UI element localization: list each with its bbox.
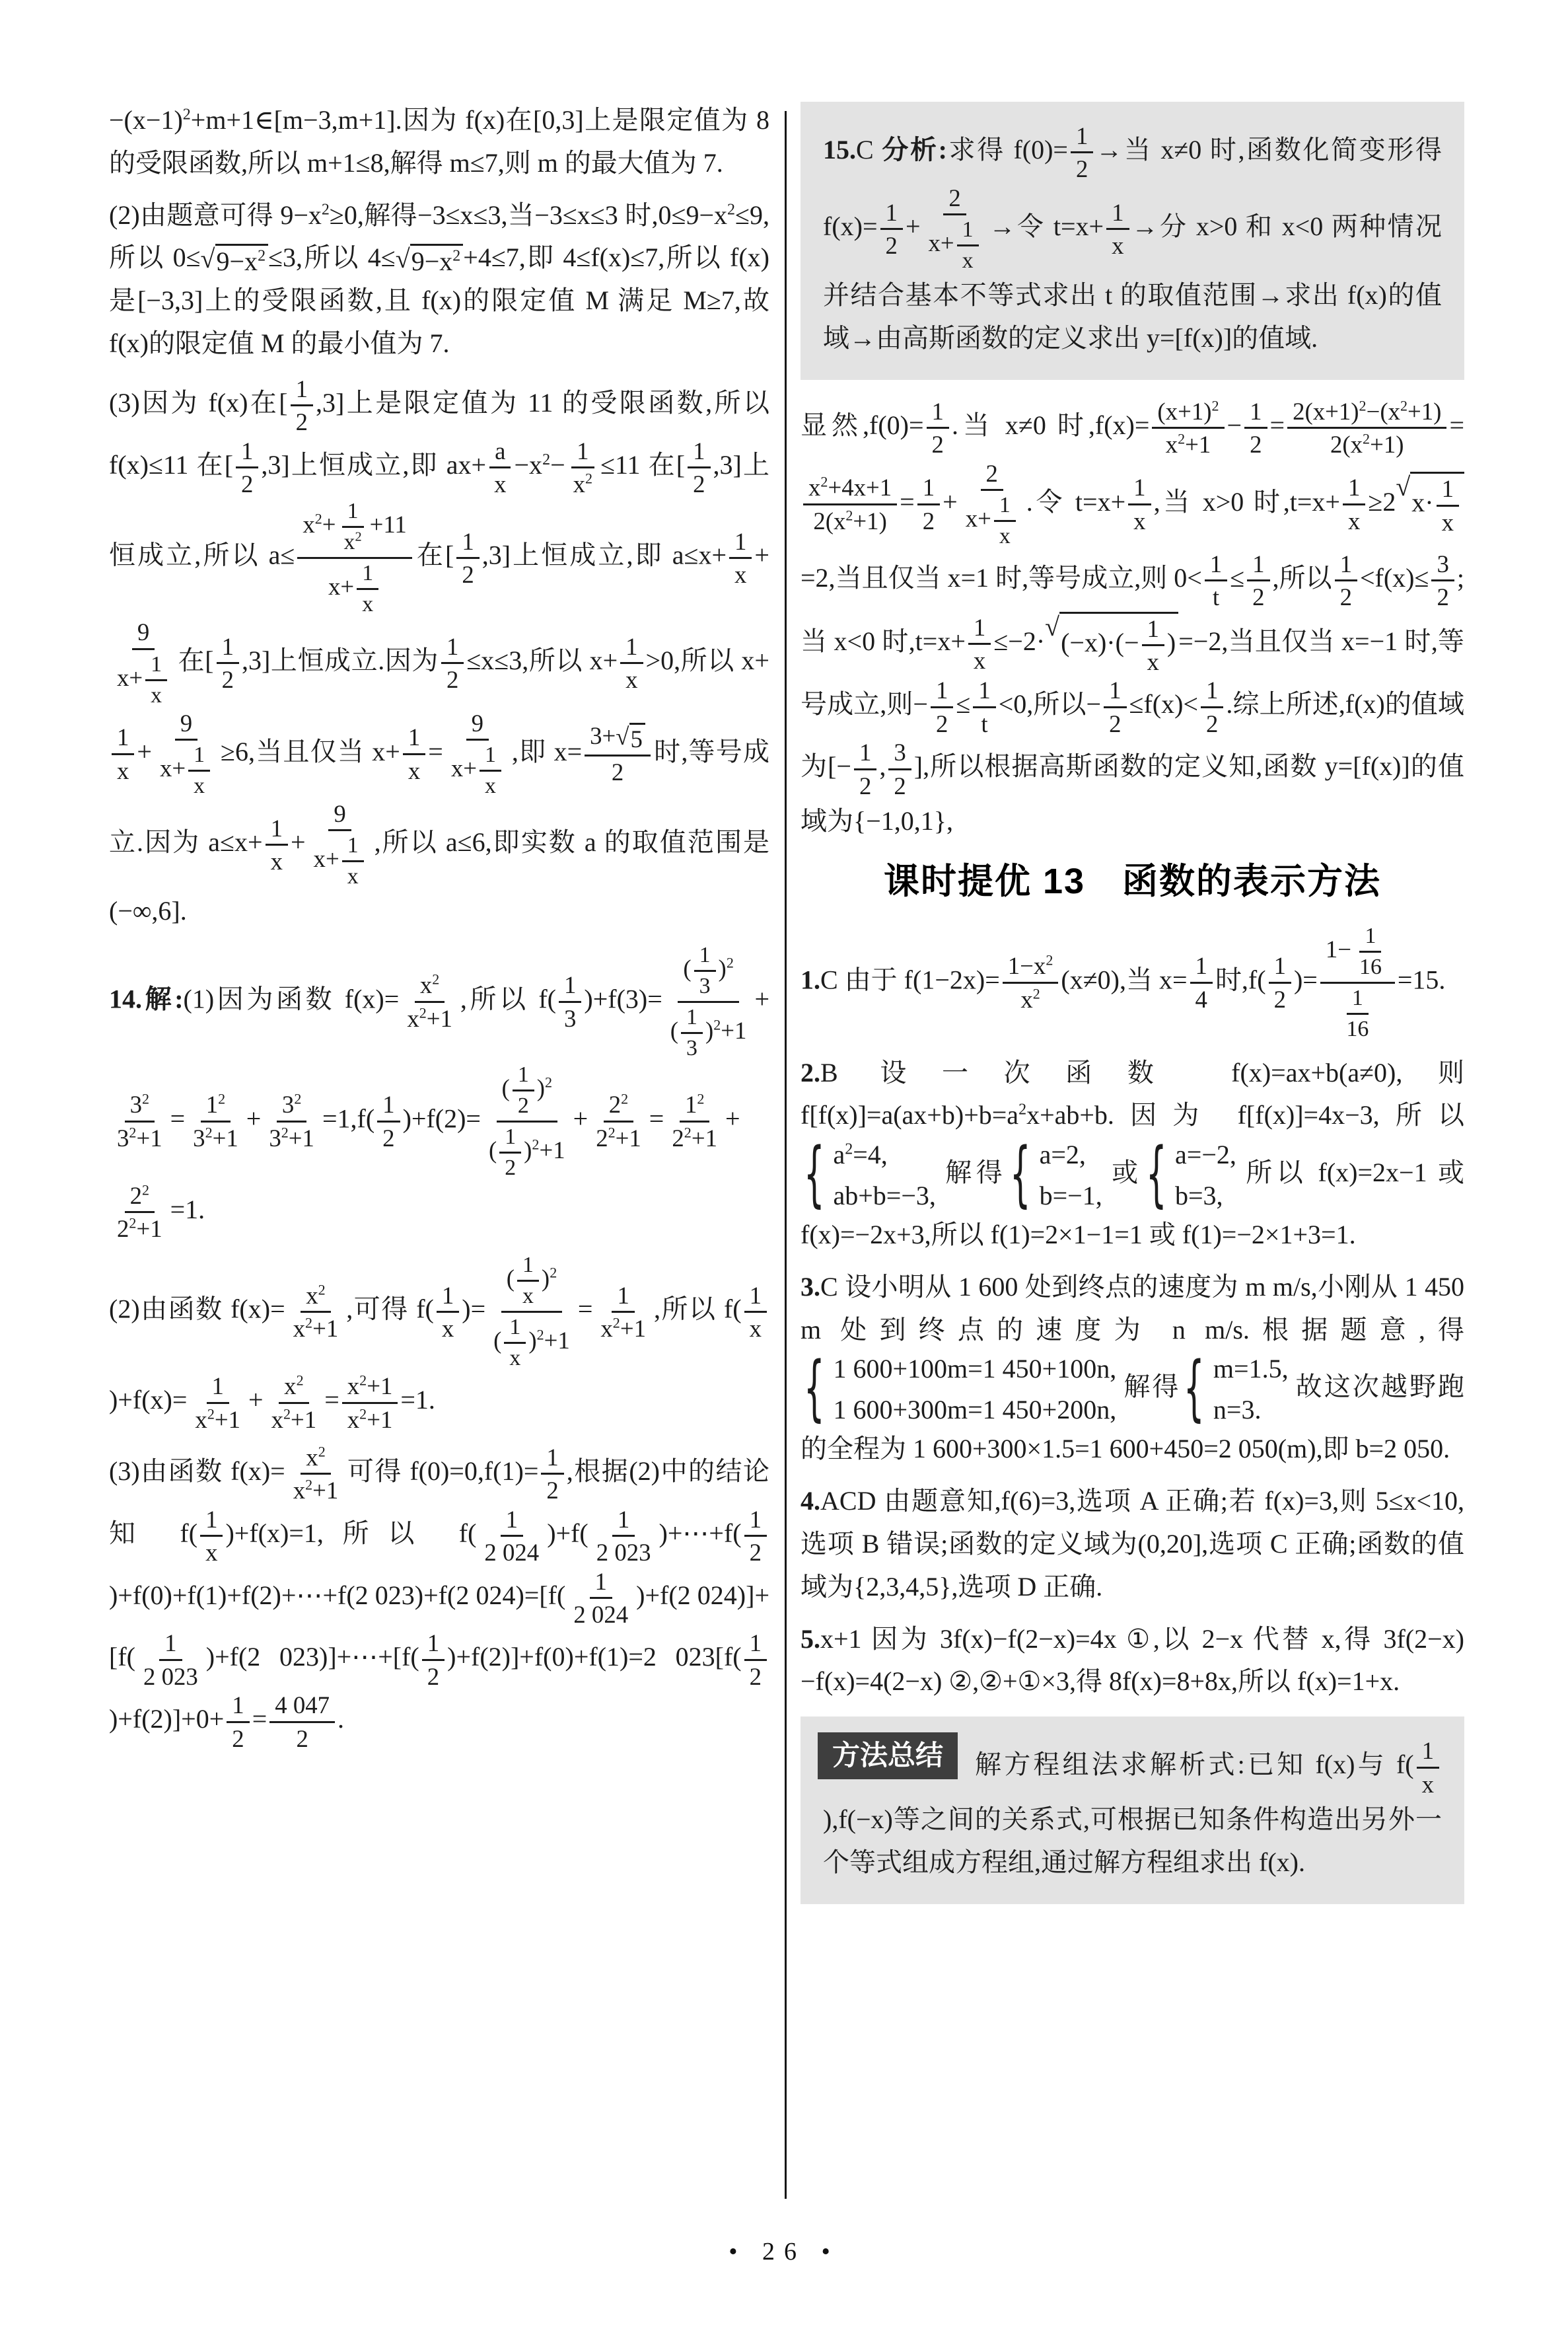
fraction-denominator: 116 [1333,984,1382,1043]
fraction: 1t [1205,550,1227,612]
fraction: x2+4x+12(x2+1) [803,473,897,535]
bold-text: 1. [801,965,820,994]
fraction-numerator: 1 [236,437,258,468]
fraction-numerator: a [489,437,511,468]
fraction-denominator: x [1106,230,1129,260]
fraction: 12 024 [479,1505,544,1567]
fraction: 1x2 [339,498,367,556]
system-row: 1 600+300m=1 450+200n, [833,1392,1116,1428]
fraction-numerator: 1 [1205,550,1227,581]
fraction-numerator: x2 [279,1372,308,1403]
square-root: √x·1x [1396,472,1464,536]
fraction: (13)2(13)2+1 [665,942,752,1062]
fraction-numerator: 1 [931,676,953,708]
paragraph: 2.B 设一次函数 f(x)=ax+b(a≠0),则 f[f(x)]=a(ax+… [801,1052,1464,1257]
fraction-numerator: 1 [403,723,425,755]
fraction-denominator: x [517,1282,539,1310]
fraction-denominator: x [112,755,134,785]
fraction: 1t [973,676,995,738]
fraction: 1x [1417,1736,1439,1798]
fraction-denominator: x2+1 [402,1003,458,1033]
fraction-denominator: x2 [1015,984,1045,1014]
fraction-numerator: 1 [612,1281,634,1313]
radicand: 5 [629,723,645,753]
fraction-denominator: 2 [513,1091,534,1119]
system-rows: 1 600+100m=1 450+100n,1 600+300m=1 450+2… [833,1351,1116,1428]
fraction-numerator: 1 [973,676,995,708]
fraction-denominator: x [1343,505,1365,535]
fraction: 1x [504,1314,526,1372]
fraction-denominator: 2 024 [568,1599,633,1629]
system-row: b=−1, [1040,1178,1102,1214]
fraction-numerator: 1 [480,742,501,772]
equation-system: {a2=4,ab+b=−3, [806,1137,936,1214]
fraction-denominator: 32+1 [264,1123,320,1152]
fraction-numerator: 1 [1244,397,1267,429]
fraction-numerator: 1 [513,1062,534,1091]
fraction-numerator: 12 [201,1090,231,1122]
fraction-numerator: 2(x+1)2−(x2+1) [1287,397,1446,429]
fraction-numerator: 1 [207,1372,229,1403]
fraction-denominator: 2 [291,406,313,436]
system-row: a=−2, [1175,1137,1236,1173]
fraction: 32 [888,738,911,800]
fraction-denominator: 16 [1341,1015,1374,1043]
superscript: 2 [142,1181,149,1198]
fraction: 1232+1 [188,1090,244,1152]
fraction: 1x [729,527,752,589]
fraction: x2+1x2+1 [342,1372,398,1434]
fraction-numerator: 1 [1437,474,1459,506]
superscript: 2 [1359,397,1367,414]
fraction: 1x [1437,474,1459,536]
method-summary-box: 方法总结解方程组法求解析式:已知 f(x)与 f(1x),f(−x)等之间的关系… [801,1716,1464,1903]
fraction-numerator: 3 [1431,550,1454,581]
system-brace: { [804,1332,825,1448]
fraction: 12 [744,1629,767,1691]
fraction: 12 [291,375,313,437]
fraction: 32 [1431,550,1454,612]
fraction: 1x [517,1252,539,1310]
fraction: 1−x2x2 [1003,951,1059,1014]
fraction: 13 [694,942,716,1000]
fraction-numerator: 4 047 [269,1691,335,1722]
system-row: m=1.5, [1213,1351,1289,1387]
fraction: x2x2+1 [288,1443,344,1505]
fraction-numerator: 1 [688,437,710,468]
fraction-numerator: 1 [681,1004,703,1034]
fraction-denominator: x [620,664,643,694]
fraction-numerator: (1x)2 [501,1252,563,1313]
paragraph: (2)由题意可得 9−x2≥0,解得−3≤x≤3,当−3≤x≤3 时,0≤9−x… [109,194,769,365]
fraction-denominator: 2 023 [138,1661,203,1691]
superscript: 2 [419,1005,427,1021]
fraction: 12 [1247,550,1269,612]
fraction-numerator: 1 [917,473,940,505]
fraction-numerator: 1 [1247,550,1269,581]
fraction-numerator: 1 [112,723,134,755]
fraction: 12 [377,1090,400,1152]
fraction: 12 [217,632,239,694]
fraction-numerator: 1 [559,971,581,1002]
fraction-denominator: (13)2+1 [665,1003,752,1062]
superscript: 2 [218,1091,225,1107]
superscript: 2 [359,1405,367,1422]
fraction-numerator: 32 [125,1090,155,1122]
fraction: 12 024 [568,1567,633,1629]
fraction-denominator: 2 [456,559,479,589]
fraction-numerator: x2 [301,1281,330,1313]
fraction-numerator: 2 [943,184,966,215]
superscript: 2 [542,451,550,468]
fraction-denominator: 2 [880,230,903,260]
superscript: 2 [318,1282,326,1298]
fraction: 12 [927,397,949,459]
superscript: 2 [845,1141,853,1158]
superscript: 2 [1046,952,1053,969]
fraction: 2x+1x [960,459,1024,550]
radicand: 9−x2 [410,244,464,277]
fraction: 12 [1104,676,1126,738]
system-rows: a2=4,ab+b=−3, [833,1137,935,1214]
fraction: 12 [1269,951,1291,1014]
fraction-numerator: x2 [415,971,445,1002]
fraction-numerator: 1 [612,1505,635,1537]
radical-sign: √ [1396,472,1410,502]
fraction-numerator: 12 [680,1090,709,1122]
fraction-denominator: 2 [541,1475,563,1504]
fraction-denominator: 3 [681,1034,703,1062]
method-summary-label: 方法总结 [818,1732,958,1779]
superscript: 2 [532,1136,539,1152]
fraction-numerator: 1 [145,651,167,681]
fraction-numerator: x2+4x+1 [803,473,897,505]
fraction-denominator: x [357,590,378,618]
right-column: 15.C 分析:求得 f(0)=12→当 x≠0 时,函数化简变形得 f(x)=… [801,99,1464,1921]
fraction: 116 [1341,985,1374,1043]
fraction: 2222+1 [112,1181,168,1243]
fraction-denominator: 2 [1269,984,1291,1014]
fraction: 12 [236,437,258,499]
fraction-denominator: 2 [1431,581,1454,611]
fraction-denominator: x [994,522,1016,550]
superscript: 2 [1211,397,1219,414]
superscript: 2 [305,1477,312,1493]
bold-text: 14.解: [109,984,184,1014]
fraction-numerator: 22 [125,1181,155,1213]
fraction-numerator: 1 [422,1629,445,1660]
fraction-numerator: 1 [200,1505,223,1537]
superscript: 2 [205,1124,213,1140]
fraction-denominator: 2(x2+1) [1325,429,1409,459]
page-number: • 26 • [0,2237,1568,2266]
left-column: −(x−1)2+m+1∈[m−3,m+1].因为 f(x)在[0,3]上是限定值… [109,99,769,1762]
fraction-numerator: 1 [1343,473,1365,505]
fraction: 1x [342,832,364,890]
fraction-numerator: 1 [159,1629,182,1660]
fraction-numerator: 1 [501,1505,523,1537]
fraction: 1x [1343,473,1365,535]
superscript: 2 [183,106,191,124]
superscript: 2 [452,248,460,265]
fraction-numerator: 1 [499,1124,521,1154]
fraction-numerator: x2+1 [342,1372,398,1403]
bold-text: 2. [801,1058,820,1088]
fraction-denominator: 22+1 [666,1123,723,1152]
fraction: 1x [403,723,425,785]
fraction-denominator: x [729,559,752,589]
radical-sign: √ [1045,612,1059,642]
superscript: 2 [318,1444,326,1460]
fraction: 12 [541,1443,563,1505]
fraction-denominator: 2 [1104,708,1126,738]
paragraph: 5.x+1 因为 3f(x)−f(2−x)=4x ①,以 2−x 代替 x,得 … [801,1618,1464,1704]
fraction-denominator: x [968,645,991,675]
fraction-denominator: x+1x [308,831,372,890]
fraction-denominator: 2 023 [591,1537,657,1567]
fraction: 1x [968,613,991,675]
fraction-numerator: 1 [1106,198,1129,230]
fraction-numerator: 1 [744,1281,767,1313]
fraction-denominator: 2 [441,664,464,694]
fraction-denominator: x2+1 [288,1475,344,1504]
superscript: 2 [1363,431,1370,447]
fraction: 12 023 [138,1629,203,1691]
fraction-denominator: 2 [1071,153,1093,183]
fraction: 12 [1244,397,1267,459]
fraction: 9x+1x [155,709,218,799]
fraction-numerator: 1 [1347,985,1369,1015]
superscript: 2 [613,1315,620,1331]
fraction-denominator: x [489,468,511,498]
fraction-denominator: x2+1 [266,1404,322,1434]
fraction: 1x [994,492,1016,550]
fraction-numerator: 1 [1104,676,1126,708]
fraction-numerator: 3+√5 [585,721,651,757]
superscript: 2 [1400,397,1408,414]
fraction: 12 [499,1124,521,1181]
superscript: 2 [713,1017,721,1033]
fraction: 1x [200,1505,223,1567]
paragraph: 显然,f(0)=12.当 x≠0 时,f(x)=(x+1)2x2+1−12=2(… [801,397,1464,843]
fraction-numerator: 1 [571,437,594,468]
fraction-numerator: 1 [744,1505,767,1537]
fraction-numerator: 1 [291,375,313,406]
fraction: 12 [456,527,479,589]
system-row: a=2, [1040,1137,1102,1173]
fraction-numerator: 1−x2 [1003,951,1059,983]
fraction: x2+1x2+11x+1x [297,498,411,618]
equation-system: {m=1.5,n=3. [1186,1351,1288,1428]
fraction: 12 [1335,550,1357,612]
superscript: 2 [684,1124,692,1140]
paragraph: (3)因为 f(x)在[12,3]上是限定值为 11 的受限函数,所以 f(x)… [109,375,769,933]
fraction-numerator: x2+1x2+11 [297,498,411,559]
fraction-denominator: x [957,246,979,274]
fraction: 1x [744,1281,767,1343]
superscript: 2 [297,1372,304,1389]
fraction: 1x [620,632,643,694]
fraction-numerator: 1 [1269,951,1291,983]
fraction-numerator: 1 [1417,1736,1439,1768]
superscript: 2 [359,1372,367,1389]
fraction: 14 [1190,951,1213,1014]
system-rows: m=1.5,n=3. [1213,1351,1289,1428]
fraction: 12 [744,1505,767,1567]
superscript: 2 [355,530,361,544]
page: −(x−1)2+m+1∈[m−3,m+1].因为 f(x)在[0,3]上是限定值… [0,0,1568,2325]
superscript: 2 [281,1124,289,1140]
fraction: 1x [188,742,210,799]
fraction: 1x [266,814,288,876]
fraction-denominator: 2 [1201,708,1223,738]
fraction: 1x [957,217,979,274]
fraction-numerator: (13)2 [678,942,739,1003]
fraction-denominator: x+1x [923,215,987,274]
fraction-numerator: 32 [277,1090,306,1122]
system-row: ab+b=−3, [833,1178,935,1214]
fraction-denominator: x [1417,1769,1439,1798]
superscript: 2 [129,1215,136,1232]
fraction: 1x [1106,198,1129,260]
fraction-numerator: 1 [729,527,752,559]
fraction-denominator: t [1207,581,1225,611]
paragraph: 4.ACD 由题意知,f(6)=3,选项 A 正确;若 f(x)=3,则 5≤x… [801,1480,1464,1608]
fraction: 12 [513,1062,534,1119]
fraction-denominator: x+1x [960,491,1024,550]
superscript: 2 [585,470,592,487]
system-rows: a=2,b=−1, [1040,1137,1102,1214]
fraction: 12 [917,473,940,535]
radical-sign: √ [396,244,410,274]
fraction-denominator: x2+1 [595,1313,651,1343]
superscript: 2 [129,1124,136,1140]
fraction-numerator: 1 [456,527,479,559]
fraction-denominator: 2 024 [479,1537,544,1567]
fraction-denominator: 2 [1247,581,1269,611]
fraction-numerator: 3 [888,738,911,770]
fraction-numerator: 1 [377,1090,400,1122]
fraction: 1x2+1 [190,1372,246,1434]
superscript: 2 [845,507,853,523]
superscript: 2 [1178,431,1185,447]
superscript: 2 [207,1405,215,1422]
fraction-denominator: 2 [927,429,949,459]
radicand: x·1x [1410,472,1464,536]
fraction-numerator: 1 [927,397,949,429]
superscript: 2 [545,1074,552,1090]
fraction: 12 [422,1629,445,1691]
fraction-denominator: x+1x [155,741,218,799]
fraction: 12 [688,437,710,499]
system-row: a2=4, [833,1137,935,1173]
fraction: 13 [681,1004,703,1062]
system-row: 1 600+100m=1 450+100n, [833,1351,1116,1387]
fraction-denominator: 2 [291,1723,313,1753]
fraction-numerator: 1 [266,814,288,846]
fraction: 12 [854,738,876,800]
fraction-numerator: 1 [620,632,643,664]
fraction-numerator: 1 [227,1691,249,1722]
equation-system: {a=2,b=−1, [1012,1137,1102,1214]
fraction: 9x+1x [308,799,372,890]
paragraph: −(x−1)2+m+1∈[m−3,m+1].因为 f(x)在[0,3]上是限定值… [109,99,769,185]
fraction-denominator: 2 [917,505,940,535]
fraction-denominator: 32+1 [112,1123,168,1152]
fraction-numerator: 1 [590,1567,612,1599]
fraction-numerator: 1 [357,560,378,590]
fraction-numerator: 1 [437,1281,459,1313]
fraction: 1x [112,723,134,785]
fraction-denominator: 2 [236,468,258,498]
fraction-numerator: 1 [342,832,364,862]
fraction-numerator: 1−116 [1320,923,1395,984]
bold-text: 15. [823,135,856,165]
fraction-denominator: x [403,755,425,785]
square-root: √9−x2 [396,244,464,277]
fraction-denominator: x [188,772,210,799]
fraction: 3+√52 [585,721,651,787]
fraction-denominator: 2 [217,664,239,694]
fraction-denominator: x [1142,646,1164,676]
paragraph: (2)由函数 f(x)=x2x2+1,可得 f(1x)=(1x)2(1x)2+1… [109,1252,769,1434]
superscript: 2 [820,474,828,490]
fraction-denominator: x2+1 [288,1313,344,1343]
fraction-denominator: x+1x [446,741,509,799]
superscript: 2 [727,955,734,971]
fraction-numerator: 1 [517,1252,539,1282]
fraction-numerator: (12)2 [497,1062,558,1123]
fraction-denominator: 2 [1244,429,1267,459]
system-row: b=3, [1175,1178,1236,1214]
fraction-denominator: 22+1 [112,1213,168,1243]
superscript: 2 [283,1405,291,1422]
fraction-denominator: x+1x [112,650,175,709]
fraction-denominator: 2 [854,770,876,800]
bold-text: 分析: [882,135,947,165]
fraction-numerator: 22 [604,1090,633,1122]
fraction: 1x [480,742,501,799]
system-rows: a=−2,b=3, [1175,1137,1236,1214]
fraction-numerator: 2 [981,459,1003,491]
fraction: 4 0472 [269,1691,335,1753]
fraction-denominator: 2 [931,708,953,738]
fraction: 2222+1 [590,1090,647,1152]
fraction: 1222+1 [666,1090,723,1152]
fraction-numerator: 1 [1071,122,1093,153]
fraction: 12 [931,676,953,738]
system-brace: { [1184,1332,1205,1448]
fraction: 12 [1201,676,1223,738]
fraction-numerator: 1 [1190,951,1213,983]
fraction: 1x2+1 [595,1281,651,1343]
fraction: 1x [1142,614,1164,677]
superscript: 2 [258,248,266,265]
fraction-denominator: x2 [339,528,367,556]
fraction: ax [489,437,511,499]
fraction: 13 [559,971,581,1033]
radicand: (−x)·(−1x) [1059,612,1178,677]
fraction-numerator: 1 [694,942,716,972]
fraction-denominator: x2 [568,468,598,498]
fraction-denominator: 2 [744,1537,767,1567]
fraction: (1x)2(1x)2+1 [488,1252,575,1372]
fraction-denominator: x [200,1537,223,1567]
fraction-denominator: (1x)2+1 [488,1313,575,1372]
fraction-denominator: 2(x2+1) [808,505,892,535]
paragraph: (3)由函数 f(x)=x2x2+1可得 f(0)=0,f(1)=12,根据(2… [109,1443,769,1753]
fraction: 116 [1354,923,1387,980]
